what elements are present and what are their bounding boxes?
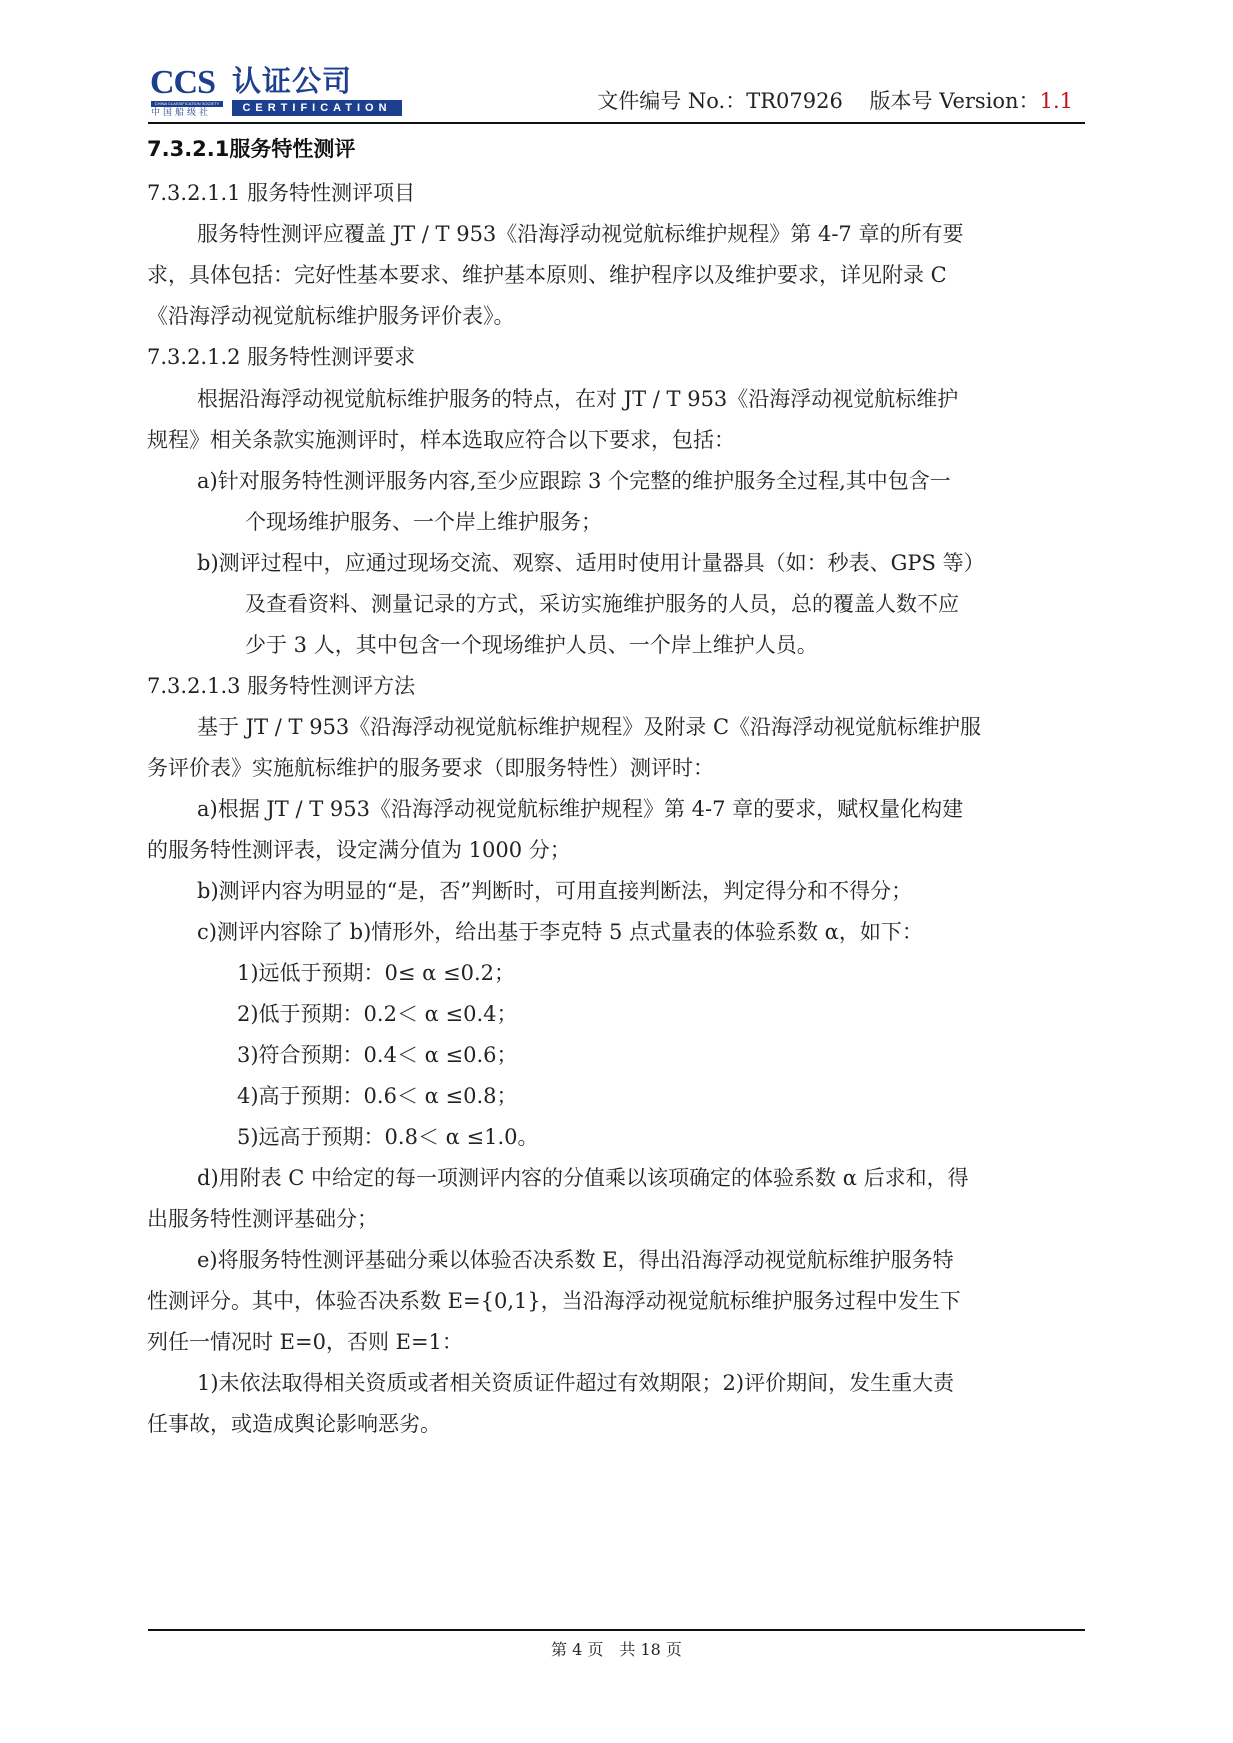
logo-ccs-mark: CCS [150,66,215,100]
list-item-b-cont: 少于 3 人，其中包含一个现场维护人员、一个岸上维护人员。 [245,630,818,660]
version-number: 1.1 [1040,89,1073,113]
doc-number-label: 文件编号 No.： [597,89,746,113]
subsection-heading-requirements: 7.3.2.1.2 服务特性测评要求 [147,342,415,372]
list-item-a-cont: 个现场维护服务、一个岸上维护服务； [245,507,602,537]
section-title: 7.3.2.1服务特性测评 [147,134,355,164]
veto-conditions-cont: 任事故，或造成舆论影响恶劣。 [147,1409,441,1439]
list-item-b: b)测评过程中，应通过现场交流、观察、适用时使用计量器具（如：秒表、GPS 等） [197,548,985,578]
logo-society-banner: CHINA CLASSIFICATION SOCIETY [151,101,223,107]
scale-item-4: 4)高于预期：0.6＜ α ≤0.8； [237,1081,517,1111]
document-page: CCS CHINA CLASSIFICATION SOCIETY 中国船级社 认… [0,0,1233,1743]
method-item-e-cont: 性测评分。其中，体验否决系数 E={0,1}，当沿海浮动视觉航标维护服务过程中发… [147,1286,961,1316]
paragraph-line: 求，具体包括：完好性基本要求、维护基本原则、维护程序以及维护要求，详见附录 C [147,260,947,290]
ccs-certification-logo: CCS CHINA CLASSIFICATION SOCIETY 中国船级社 认… [150,66,402,118]
method-item-c: c)测评内容除了 b)情形外，给出基于李克特 5 点式量表的体验系数 α，如下： [197,917,923,947]
scale-item-3: 3)符合预期：0.4＜ α ≤0.6； [237,1040,517,1070]
paragraph-line: 基于 JT / T 953《沿海浮动视觉航标维护规程》及附录 C《沿海浮动视觉航… [197,712,981,742]
subsection-heading-items: 7.3.2.1.1 服务特性测评项目 [147,178,415,208]
doc-number: TR07926 [746,89,843,113]
version-label: 版本号 Version： [870,89,1040,113]
list-item-b-cont: 及查看资料、测量记录的方式，采访实施维护服务的人员，总的覆盖人数不应 [245,589,959,619]
method-item-b: b)测评内容为明显的“是，否”判断时，可用直接判断法，判定得分和不得分； [197,876,912,906]
logo-company-cn: 认证公司 [232,64,352,98]
method-item-e: e)将服务特性测评基础分乘以体验否决系数 E，得出沿海浮动视觉航标维护服务特 [197,1245,954,1275]
method-item-d-cont: 出服务特性测评基础分； [147,1204,378,1234]
scale-item-5: 5)远高于预期：0.8＜ α ≤1.0。 [237,1122,538,1152]
page-number: 第 4 页 共 18 页 [0,1640,1233,1660]
subsection-heading-method: 7.3.2.1.3 服务特性测评方法 [147,671,415,701]
method-item-a-cont: 的服务特性测评表，设定满分值为 1000 分； [147,835,571,865]
method-item-a: a)根据 JT / T 953《沿海浮动视觉航标维护规程》第 4-7 章的要求，… [197,794,963,824]
scale-item-2: 2)低于预期：0.2＜ α ≤0.4； [237,999,517,1029]
method-item-d: d)用附表 C 中给定的每一项测评内容的分值乘以该项确定的体验系数 α 后求和，… [197,1163,969,1193]
header-divider [148,122,1085,124]
footer-divider [148,1629,1085,1631]
document-meta: 文件编号 No.：TR07926 版本号 Version：1.1 [597,88,1073,114]
paragraph-line: 服务特性测评应覆盖 JT / T 953《沿海浮动视觉航标维护规程》第 4-7 … [197,219,963,249]
logo-society-cn: 中国船级社 [151,108,211,118]
paragraph-line: 《沿海浮动视觉航标维护服务评价表》。 [147,301,515,331]
paragraph-line: 规程》相关条款实施测评时，样本选取应符合以下要求，包括： [147,425,735,455]
veto-conditions: 1)未依法取得相关资质或者相关资质证件超过有效期限；2)评价期间，发生重大责 [197,1368,954,1398]
scale-item-1: 1)远低于预期：0≤ α ≤0.2； [237,958,515,988]
logo-certification-banner: CERTIFICATION [232,100,402,116]
paragraph-line: 根据沿海浮动视觉航标维护服务的特点，在对 JT / T 953《沿海浮动视觉航标… [197,384,958,414]
logo-ccs-text: CCS [150,64,215,101]
list-item-a: a)针对服务特性测评服务内容,至少应跟踪 3 个完整的维护服务全过程,其中包含一 [197,466,951,496]
method-item-e-cont: 列任一情况时 E=0，否则 E=1： [147,1327,463,1357]
paragraph-line: 务评价表》实施航标维护的服务要求（即服务特性）测评时： [147,753,714,783]
